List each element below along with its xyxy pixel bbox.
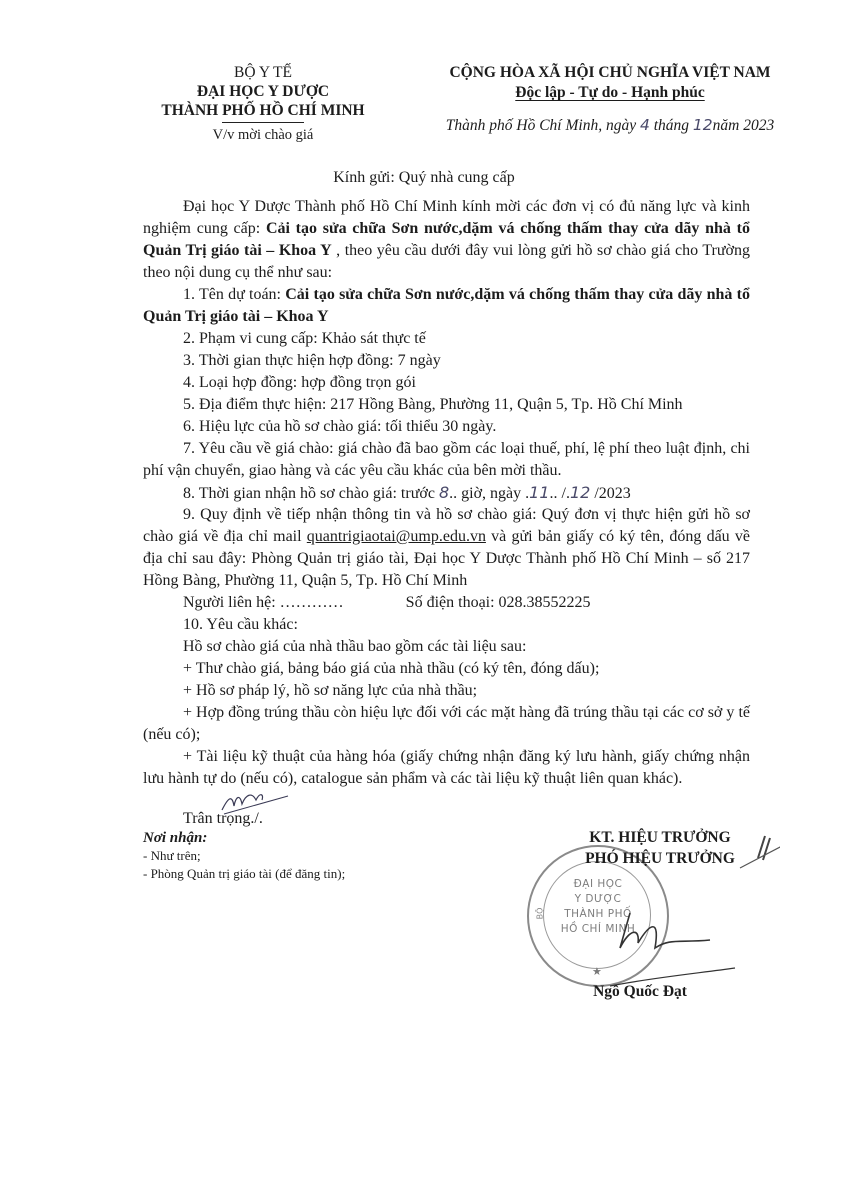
item-5: 5. Địa điểm thực hiện: 217 Hồng Bàng, Ph… bbox=[143, 394, 750, 416]
items-2-6: 2. Phạm vi cung cấp: Khảo sát thực tế 3.… bbox=[143, 328, 750, 438]
ministry-name: BỘ Y TẾ bbox=[148, 63, 378, 82]
contact-phone: Số điện thoại: 028.38552225 bbox=[406, 594, 591, 611]
requirement-2: + Hồ sơ pháp lý, hồ sơ năng lực của nhà … bbox=[143, 680, 750, 702]
nation-title: CỘNG HÒA XÃ HỘI CHỦ NGHĨA VIỆT NAM bbox=[410, 63, 810, 83]
salutation: Kính gửi: Quý nhà cung cấp bbox=[0, 169, 848, 187]
signer-name: Ngô Quốc Đạt bbox=[555, 983, 725, 1001]
university-name-line2: THÀNH PHỐ HỒ CHÍ MINH bbox=[148, 101, 378, 120]
handwritten-day: 4 bbox=[640, 116, 650, 134]
handwritten-month: 12 bbox=[693, 116, 713, 134]
requirement-3: + Hợp đồng trúng thầu còn hiệu lực đối v… bbox=[143, 702, 750, 746]
issuer-header: BỘ Y TẾ ĐẠI HỌC Y DƯỢC THÀNH PHỐ HỒ CHÍ … bbox=[148, 63, 378, 145]
item-8: 8. Thời gian nhận hồ sơ chào giá: trước … bbox=[143, 482, 750, 505]
university-name-line1: ĐẠI HỌC Y DƯỢC bbox=[148, 82, 378, 101]
contact-line: Người liên hệ: …………Số điện thoại: 028.38… bbox=[143, 592, 750, 614]
item-6: 6. Hiệu lực của hồ sơ chào giá: tối thiể… bbox=[143, 416, 750, 438]
intro-paragraph: Đại học Y Dược Thành phố Hồ Chí Minh kín… bbox=[143, 196, 750, 284]
requirement-4: + Tài liệu kỹ thuật của hàng hóa (giấy c… bbox=[143, 746, 750, 790]
handwritten-signature bbox=[560, 828, 780, 988]
handwritten-hour: 8 bbox=[439, 483, 449, 502]
recipient-item: - Như trên; bbox=[143, 847, 345, 865]
handwritten-deadline-day: 11 bbox=[529, 483, 549, 502]
item-7: 7. Yêu cầu về giá chào: giá chào đã bao … bbox=[143, 438, 750, 482]
national-motto: Độc lập - Tự do - Hạnh phúc bbox=[410, 83, 810, 103]
recipients-title: Nơi nhận: bbox=[143, 829, 345, 847]
contact-person: Người liên hệ: ………… bbox=[183, 594, 344, 611]
item-10: 10. Yêu cầu khác: Hồ sơ chào giá của nhà… bbox=[143, 614, 750, 702]
subject-line: V/v mời chào giá bbox=[148, 126, 378, 145]
item-3: 3. Thời gian thực hiện hợp đồng: 7 ngày bbox=[143, 350, 750, 372]
recipients-block: Nơi nhận: - Như trên; - Phòng Quản trị g… bbox=[143, 829, 345, 883]
document-date: Thành phố Hồ Chí Minh, ngày 4 tháng 12nă… bbox=[410, 115, 810, 136]
national-header: CỘNG HÒA XÃ HỘI CHỦ NGHĨA VIỆT NAM Độc l… bbox=[410, 63, 810, 136]
handwritten-deadline-month: 12 bbox=[570, 483, 590, 502]
recipient-item: - Phòng Quản trị giáo tài (để đăng tin); bbox=[143, 865, 345, 883]
contact-email-link[interactable]: quantrigiaotai@ump.edu.vn bbox=[307, 528, 486, 545]
item-2: 2. Phạm vi cung cấp: Khảo sát thực tế bbox=[143, 328, 750, 350]
item-9: 9. Quy định về tiếp nhận thông tin và hồ… bbox=[143, 504, 750, 592]
item-4: 4. Loại hợp đồng: hợp đồng trọn gói bbox=[143, 372, 750, 394]
item-1: 1. Tên dự toán: Cải tạo sửa chữa Sơn nướ… bbox=[143, 284, 750, 328]
requirement-1: + Thư chào giá, bảng báo giá của nhà thầ… bbox=[143, 658, 750, 680]
header-divider bbox=[222, 122, 304, 123]
